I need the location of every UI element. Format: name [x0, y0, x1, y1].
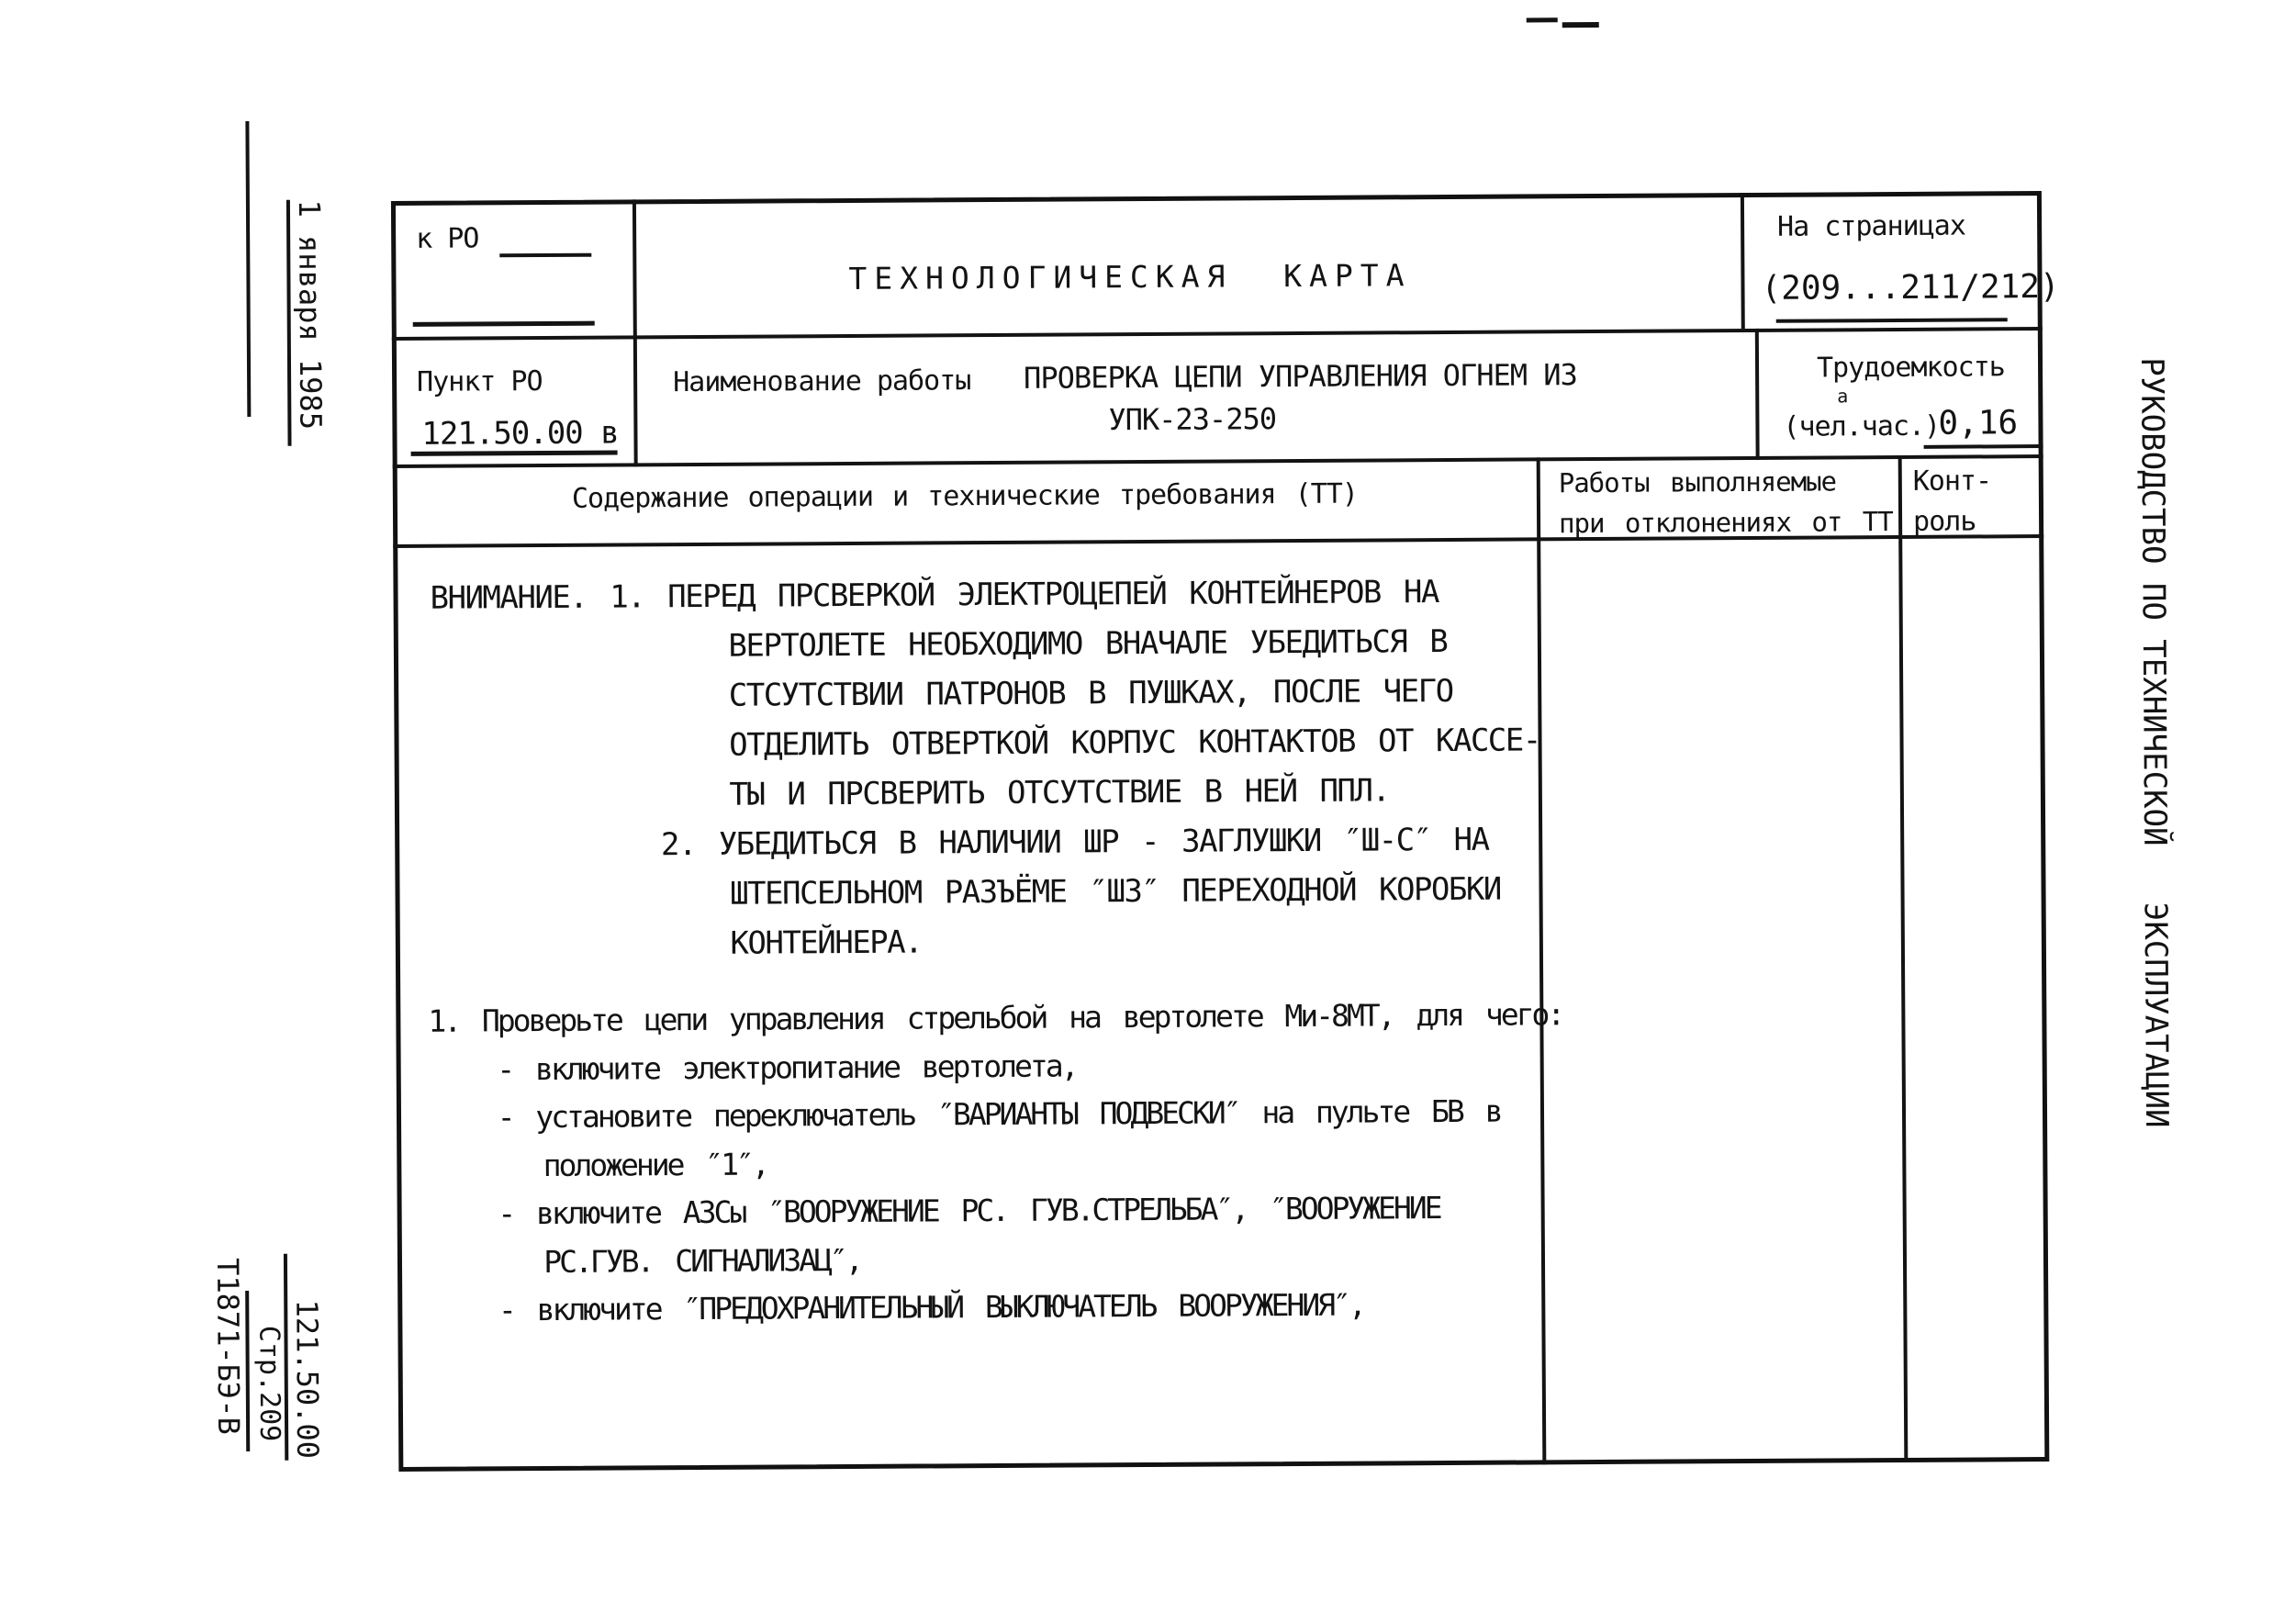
labor-label: Трудоемкость: [1817, 351, 2005, 384]
punkt-ro-value: 121.50.00 в: [421, 415, 618, 453]
procedure-text-block: 1. Проверьте цепи управления стрельбой н…: [428, 991, 1564, 1335]
labor-units: (чел.час.): [1783, 410, 1940, 443]
page-number-vertical: Стр.209: [245, 1291, 288, 1451]
work-name-line1: ПРОВЕРКА ЦЕПИ УПРАВЛЕНИЯ ОГНЕМ ИЗ: [1024, 357, 1577, 396]
column-header-deviations-line2: при отклонениях от ТТ: [1559, 506, 1893, 539]
left-margin-rule: [245, 121, 251, 417]
pages-value: (209...211/212): [1761, 268, 2059, 308]
labor-underline: [1924, 444, 2043, 449]
manual-title-vertical: РУКОВОДСТВО ПО ТЕХНИЧЕСКОЙ ЭКСПЛУАТАЦИИ: [2131, 357, 2178, 1321]
attention-text-block: ВНИМАНИЕ. 1. ПЕРЕД ПРСВЕРКОЙ ЭЛЕКТРОЦЕПЕ…: [430, 566, 1541, 969]
issue-date-vertical: 1 января 1985: [286, 199, 330, 445]
scanned-tech-card-page: 1 января 1985 121.50.00 Стр.209 Т1871-БЭ…: [0, 0, 2295, 1624]
pages-label: На страницах: [1777, 210, 1965, 243]
card-title: ТЕХНОЛОГИЧЕСКАЯ КАРТА: [848, 257, 1411, 297]
punkt-ro-label: Пункт РО: [417, 365, 543, 398]
column-header-deviations-line1: Работы выполняемые: [1559, 465, 1836, 498]
labor-value: 0,16: [1938, 404, 2018, 442]
column-header-control-line1: Конт-: [1913, 465, 1992, 498]
handwritten-mark: а: [1837, 385, 1848, 407]
ro-number-vertical: 121.50.00: [284, 1253, 327, 1460]
column-header-control-line2: роль: [1913, 505, 1976, 537]
k-ro-label: к РО: [416, 222, 478, 254]
doc-code-vertical: Т1871-БЭ-В: [208, 1258, 248, 1452]
k-ro-blank-line: [499, 253, 591, 258]
top-edge-mark-2: [1562, 22, 1599, 28]
work-name-label: Наименование работы: [673, 364, 970, 398]
work-name-line2: УПК-23-250: [1108, 401, 1276, 437]
top-edge-mark-1: [1527, 17, 1558, 22]
scan-content: 1 января 1985 121.50.00 Стр.209 Т1871-БЭ…: [0, 0, 2295, 1624]
